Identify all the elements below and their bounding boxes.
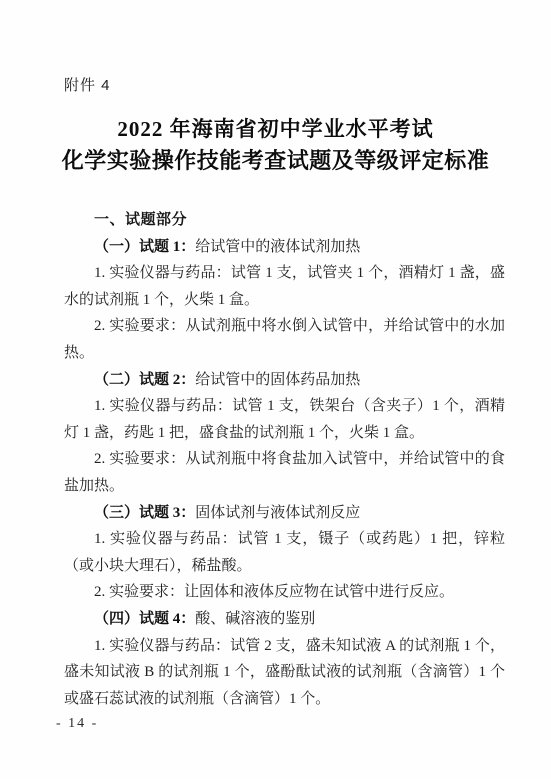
- question-1-requirement: 2. 实验要求：从试剂瓶中将水倒入试管中，并给试管中的水加热。: [64, 313, 505, 366]
- title-line-2: 化学实验操作技能考查试题及等级评定标准: [0, 145, 551, 177]
- question-3-title: 固体试剂与液体试剂反应: [195, 505, 360, 521]
- page-number: - 14 -: [56, 716, 98, 732]
- section-part-heading: 一、试题部分: [64, 207, 505, 234]
- attachment-label: 附件 4: [64, 74, 111, 95]
- question-4-number: （四）试题 4：: [94, 611, 195, 627]
- question-1-heading: （一）试题 1：给试管中的液体试剂加热: [64, 234, 505, 261]
- question-1-apparatus: 1. 实验仪器与药品：试管 1 支，试管夹 1 个，酒精灯 1 盏，盛水的试剂瓶…: [64, 260, 505, 313]
- question-3-apparatus: 1. 实验仪器与药品：试管 1 支，镊子（或药匙）1 把，锌粒（或小块大理石），…: [64, 526, 505, 579]
- question-1-title: 给试管中的液体试剂加热: [195, 239, 360, 255]
- question-2-requirement: 2. 实验要求：从试剂瓶中将食盐加入试管中，并给试管中的食盐加热。: [64, 446, 505, 499]
- question-3-requirement: 2. 实验要求：让固体和液体反应物在试管中进行反应。: [64, 579, 505, 606]
- question-2-heading: （二）试题 2：给试管中的固体药品加热: [64, 367, 505, 394]
- question-4-apparatus: 1. 实验仪器与药品：试管 2 支，盛未知试液 A 的试剂瓶 1 个，盛未知试液…: [64, 633, 505, 713]
- question-3-number: （三）试题 3：: [94, 505, 195, 521]
- question-2-apparatus: 1. 实验仪器与药品：试管 1 支，铁架台（含夹子）1 个，酒精灯 1 盏，药匙…: [64, 393, 505, 446]
- question-4-title: 酸、碱溶液的鉴别: [195, 611, 315, 627]
- document-page: 附件 4 2022 年海南省初中学业水平考试 化学实验操作技能考查试题及等级评定…: [0, 0, 551, 779]
- title-line-1: 2022 年海南省初中学业水平考试: [0, 114, 551, 145]
- question-1-number: （一）试题 1：: [94, 239, 195, 255]
- question-2-number: （二）试题 2：: [94, 372, 195, 388]
- question-3-heading: （三）试题 3：固体试剂与液体试剂反应: [64, 500, 505, 527]
- document-body: 一、试题部分 （一）试题 1：给试管中的液体试剂加热 1. 实验仪器与药品：试管…: [64, 207, 505, 712]
- document-title: 2022 年海南省初中学业水平考试 化学实验操作技能考查试题及等级评定标准: [0, 114, 551, 177]
- question-2-title: 给试管中的固体药品加热: [195, 372, 360, 388]
- question-4-heading: （四）试题 4：酸、碱溶液的鉴别: [64, 606, 505, 633]
